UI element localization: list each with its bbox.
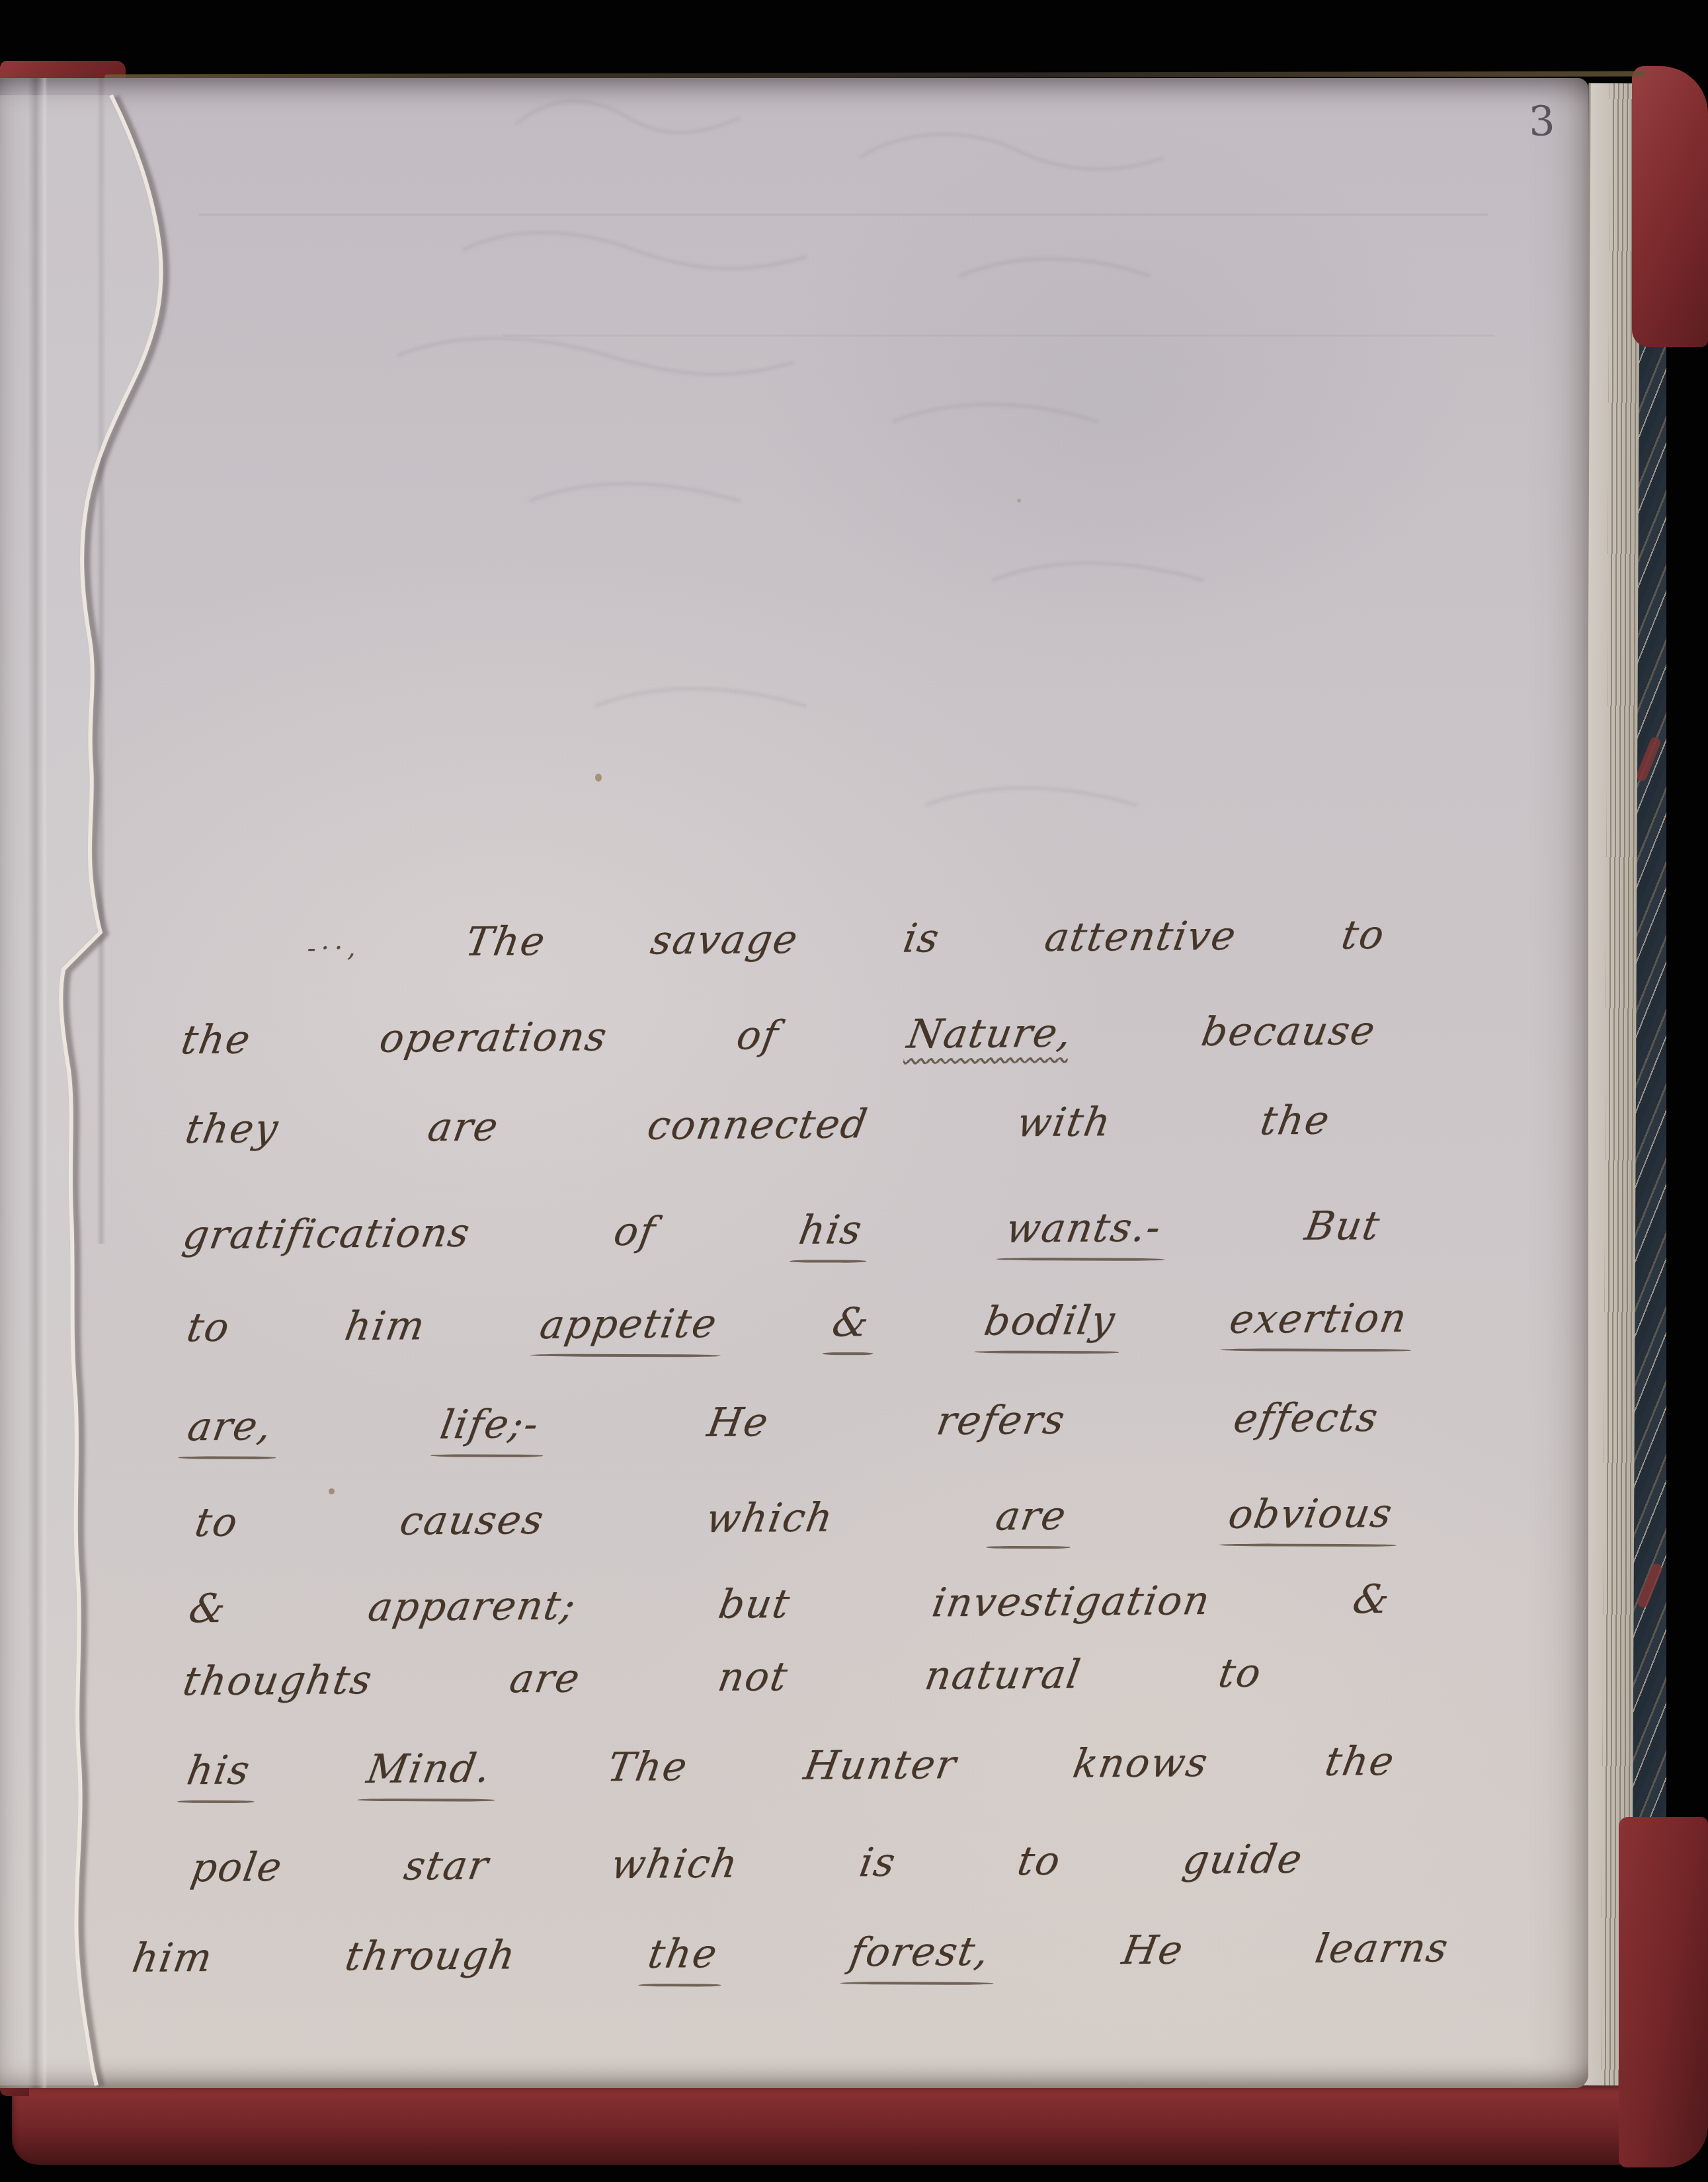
word: with xyxy=(1014,1099,1115,1146)
word: but xyxy=(715,1581,794,1628)
leather-cover-top-right xyxy=(1632,66,1708,347)
word: Mind. xyxy=(364,1745,495,1793)
handwritten-line: are,life;-Hereferseffects xyxy=(188,1394,1379,1478)
word: refers xyxy=(934,1397,1069,1445)
word: The xyxy=(462,918,549,965)
word: which xyxy=(703,1494,837,1542)
word: causes xyxy=(397,1497,548,1545)
word: the xyxy=(1257,1097,1334,1144)
handwritten-line: polestarwhichistoguide xyxy=(191,1836,1303,1919)
word: knows xyxy=(1070,1740,1212,1787)
word: wants.- xyxy=(1002,1205,1165,1252)
handwritten-line: -··,Thesavageisattentiveto xyxy=(307,912,1385,994)
word: life;- xyxy=(437,1401,543,1448)
word: Nature, xyxy=(904,1010,1076,1058)
word: star xyxy=(401,1843,493,1890)
word: to xyxy=(183,1305,233,1352)
word: He xyxy=(1118,1927,1187,1974)
word: connected xyxy=(644,1101,872,1149)
word: investigation xyxy=(929,1578,1214,1626)
word: The xyxy=(604,1744,691,1791)
word: & xyxy=(186,1586,230,1633)
word: his xyxy=(796,1207,866,1254)
handwritten-line: himthroughtheforest,Helearns xyxy=(133,1925,1449,2009)
marble-red-vein xyxy=(1636,1562,1663,1609)
word: of xyxy=(733,1012,782,1059)
word: they xyxy=(182,1106,282,1152)
word: effects xyxy=(1231,1394,1383,1442)
word: are xyxy=(425,1104,503,1151)
word: are xyxy=(507,1655,585,1702)
word: But xyxy=(1301,1203,1384,1250)
word: attentive xyxy=(1041,913,1240,961)
word: Hunter xyxy=(801,1742,961,1789)
word: apparent; xyxy=(365,1582,580,1631)
word: gratifications xyxy=(179,1210,474,1259)
word: bodily xyxy=(981,1297,1119,1345)
word: the xyxy=(645,1931,721,1978)
word: the xyxy=(178,1016,255,1063)
handwritten-line: &apparent;butinvestigation& xyxy=(189,1576,1390,1660)
manuscript-text: -··,Thesavageisattentiveto theoperations… xyxy=(0,67,1593,2090)
word: & xyxy=(1349,1576,1393,1623)
handwritten-line: thoughtsarenotnaturalto xyxy=(183,1650,1262,1732)
handwritten-line: hisMind.TheHunterknowsthe xyxy=(187,1738,1395,1822)
word: him xyxy=(129,1935,217,1982)
word: not xyxy=(714,1654,792,1701)
manuscript-photo: 3 -··,Thesavageisattentiveto theoperatio… xyxy=(0,0,1708,2182)
word: the xyxy=(1321,1738,1398,1785)
word: He xyxy=(704,1399,773,1446)
word: natural xyxy=(922,1651,1085,1699)
word: pole xyxy=(188,1844,286,1891)
word: him xyxy=(341,1303,429,1350)
word: thoughts xyxy=(180,1657,376,1705)
word: guide xyxy=(1180,1836,1307,1884)
word: is xyxy=(856,1839,900,1886)
word: his xyxy=(184,1747,254,1794)
word: to xyxy=(1338,912,1389,959)
handwritten-line: theoperationsofNature,because xyxy=(182,1008,1376,1091)
word: to xyxy=(1215,1650,1265,1697)
word: learns xyxy=(1312,1925,1452,1972)
word: & xyxy=(829,1299,873,1346)
word: savage xyxy=(647,916,802,964)
word: exertion xyxy=(1227,1295,1411,1343)
word: which xyxy=(608,1841,742,1888)
word: operations xyxy=(376,1014,611,1062)
handwritten-line: theyareconnectedwiththe xyxy=(186,1098,1330,1181)
word: forest, xyxy=(846,1929,993,1976)
word: obvious xyxy=(1225,1490,1397,1538)
handwritten-line: gratificationsofhiswants.-But xyxy=(183,1203,1381,1286)
handwritten-line: tocauseswhichareobvious xyxy=(195,1490,1393,1574)
word: is xyxy=(900,915,944,962)
word: to xyxy=(192,1499,242,1546)
leather-cover-bottom-right xyxy=(1619,1817,1708,2167)
word: because xyxy=(1198,1008,1379,1055)
word: through xyxy=(342,1932,520,1980)
word: -··, xyxy=(306,933,362,963)
word: are xyxy=(993,1493,1071,1540)
marble-red-vein xyxy=(1635,736,1662,783)
word: of xyxy=(610,1209,659,1256)
word: to xyxy=(1014,1838,1065,1885)
word: are, xyxy=(184,1403,276,1450)
handwritten-line: tohimappetite&bodilyexertion xyxy=(187,1295,1408,1379)
leather-cover-bottom-edge xyxy=(12,2083,1680,2165)
word: appetite xyxy=(537,1301,721,1348)
notebook-page: 3 -··,Thesavageisattentiveto theoperatio… xyxy=(0,78,1588,2088)
